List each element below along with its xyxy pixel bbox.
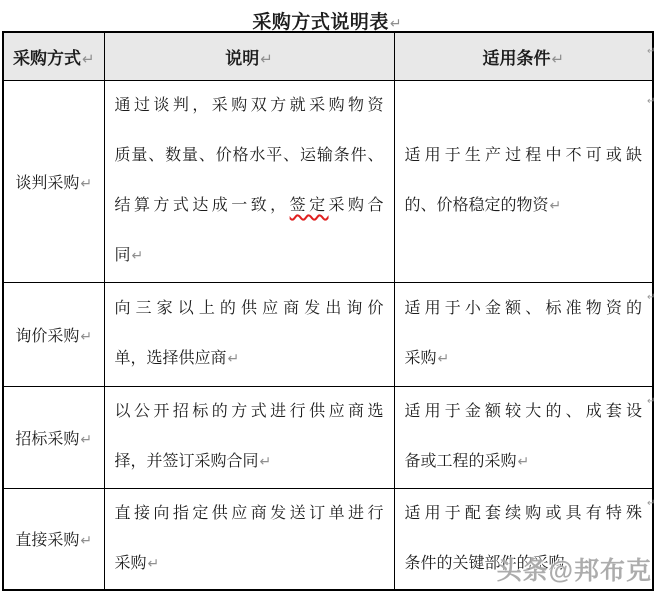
paragraph-mark-icon: ↵ bbox=[80, 329, 92, 345]
cell-method: 谈判采购↵ bbox=[3, 80, 104, 282]
text-segment: 采购 bbox=[115, 555, 147, 572]
header-label: 采购方式 bbox=[13, 49, 81, 68]
text-line: 择，并签订采购合同↵ bbox=[115, 437, 384, 487]
method-label: 询价采购 bbox=[15, 328, 79, 345]
table-row-inquiry: 询价采购↵ 向三家以上的供应商发出询价 单，选择供应商↵ 适用于小金额、标准物资… bbox=[3, 282, 653, 386]
cell-description: 以公开招标的方式进行供应商选 择，并签订采购合同↵ bbox=[104, 386, 394, 488]
page-title: 采购方式说明表 bbox=[252, 12, 389, 33]
text-segment: 采购合 bbox=[329, 197, 384, 214]
row-end-mark-icon: ↵ bbox=[647, 292, 654, 303]
table-row-bidding: 招标采购↵ 以公开招标的方式进行供应商选 择，并签订采购合同↵ 适用于金额较大的… bbox=[3, 386, 653, 488]
procurement-methods-table: 采购方式↵ 说明↵ 适用条件↵ 谈判采购↵ 通过谈判，采购双方就采购物资 质量、… bbox=[2, 31, 654, 591]
text-line: 的、价格稳定的物资↵ bbox=[405, 181, 643, 231]
cell-conditions: 适用于金额较大的、成套设 备或工程的采购↵ bbox=[394, 386, 653, 488]
table-row-direct: 直接采购↵ 直接向指定供应商发送订单进行 采购↵ 适用于配套续购或具有特殊 条件… bbox=[3, 488, 653, 590]
text-segment: 采购 bbox=[405, 350, 437, 367]
text-line: 质量、数量、价格水平、运输条件、 bbox=[115, 131, 384, 181]
cell-conditions: 适用于生产过程中不可或缺 的、价格稳定的物资↵ bbox=[394, 80, 653, 282]
cell-method: 招标采购↵ bbox=[3, 386, 104, 488]
text-line: 条件的关键部件的采购 bbox=[405, 539, 643, 589]
row-end-mark-icon: ↵ bbox=[647, 498, 654, 509]
cell-conditions: 适用于配套续购或具有特殊 条件的关键部件的采购 bbox=[394, 488, 653, 590]
text-line: 适用于金额较大的、成套设 bbox=[405, 387, 643, 437]
cell-description: 通过谈判，采购双方就采购物资 质量、数量、价格水平、运输条件、 结算方式达成一致… bbox=[104, 80, 394, 282]
cell-description: 直接向指定供应商发送订单进行 采购↵ bbox=[104, 488, 394, 590]
cell-method: 直接采购↵ bbox=[3, 488, 104, 590]
text-segment: 备或工程的采购 bbox=[405, 453, 517, 470]
text-line: 单，选择供应商↵ bbox=[115, 334, 384, 384]
paragraph-mark-icon: ↵ bbox=[80, 432, 92, 448]
paragraph-mark-icon: ↵ bbox=[260, 454, 272, 470]
text-line: 向三家以上的供应商发出询价 bbox=[115, 284, 384, 334]
row-end-mark-icon: ↵ bbox=[647, 396, 654, 407]
paragraph-mark-icon: ↵ bbox=[260, 50, 273, 68]
title-row: 采购方式说明表↵ bbox=[0, 0, 654, 31]
header-label: 说明 bbox=[225, 49, 259, 68]
text-line: 适用于配套续购或具有特殊 bbox=[405, 489, 643, 539]
text-line: 备或工程的采购↵ bbox=[405, 437, 643, 487]
table-row-negotiated: 谈判采购↵ 通过谈判，采购双方就采购物资 质量、数量、价格水平、运输条件、 结算… bbox=[3, 80, 653, 282]
paragraph-mark-icon: ↵ bbox=[550, 198, 562, 214]
table-header-row: 采购方式↵ 说明↵ 适用条件↵ bbox=[3, 32, 653, 80]
row-end-mark-icon: ↵ bbox=[647, 46, 654, 57]
paragraph-mark-icon: ↵ bbox=[80, 176, 92, 192]
text-line: 适用于小金额、标准物资的 bbox=[405, 284, 643, 334]
paragraph-mark-icon: ↵ bbox=[228, 351, 240, 367]
text-segment: 单，选择供应商 bbox=[115, 350, 227, 367]
text-line: 适用于生产过程中不可或缺 bbox=[405, 131, 643, 181]
cell-conditions: 适用于小金额、标准物资的 采购↵ bbox=[394, 282, 653, 386]
paragraph-mark-icon: ↵ bbox=[551, 50, 564, 68]
header-label: 适用条件 bbox=[482, 49, 550, 68]
text-line: 直接向指定供应商发送订单进行 bbox=[115, 489, 384, 539]
text-line: 通过谈判，采购双方就采购物资 bbox=[115, 81, 384, 131]
paragraph-mark-icon: ↵ bbox=[80, 533, 92, 549]
document-page: 采购方式说明表↵ 采购方式↵ 说明↵ 适用条件↵ 谈判采购↵ 通过谈判，采购双方… bbox=[0, 0, 654, 592]
text-line: 以公开招标的方式进行供应商选 bbox=[115, 387, 384, 437]
text-segment: 同 bbox=[115, 247, 131, 264]
paragraph-mark-icon: ↵ bbox=[82, 50, 95, 68]
text-segment: 结算方式达成一致， bbox=[115, 197, 290, 214]
column-header-conditions: 适用条件↵ bbox=[394, 32, 653, 80]
column-header-description: 说明↵ bbox=[104, 32, 394, 80]
misspelled-text: 签定 bbox=[290, 197, 329, 214]
text-segment: 择，并签订采购合同 bbox=[115, 453, 259, 470]
text-line: 同↵ bbox=[115, 231, 384, 281]
cell-description: 向三家以上的供应商发出询价 单，选择供应商↵ bbox=[104, 282, 394, 386]
cell-method: 询价采购↵ bbox=[3, 282, 104, 386]
paragraph-mark-icon: ↵ bbox=[132, 248, 144, 264]
paragraph-mark-icon: ↵ bbox=[438, 351, 450, 367]
row-end-mark-icon: ↵ bbox=[647, 96, 654, 107]
text-line: 采购↵ bbox=[115, 539, 384, 589]
method-label: 谈判采购 bbox=[15, 175, 79, 192]
text-segment: 的、价格稳定的物资 bbox=[405, 197, 549, 214]
method-label: 直接采购 bbox=[15, 532, 79, 549]
column-header-method: 采购方式↵ bbox=[3, 32, 104, 80]
method-label: 招标采购 bbox=[15, 431, 79, 448]
paragraph-mark-icon: ↵ bbox=[148, 556, 160, 572]
paragraph-mark-icon: ↵ bbox=[518, 454, 530, 470]
text-line: 采购↵ bbox=[405, 334, 643, 384]
text-line: 结算方式达成一致，签定采购合 bbox=[115, 181, 384, 231]
paragraph-mark-icon: ↵ bbox=[390, 16, 402, 32]
